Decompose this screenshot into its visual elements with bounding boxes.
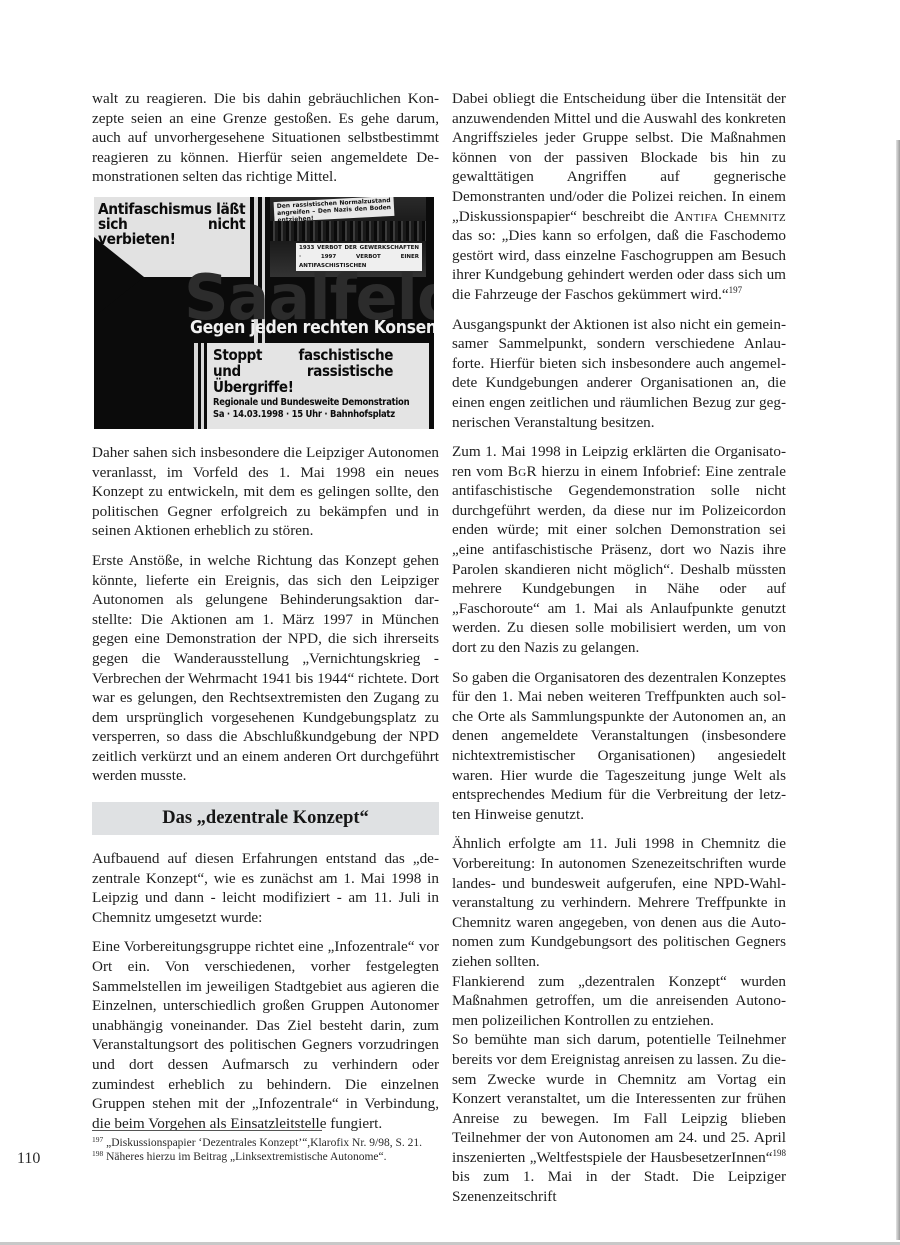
poster-stripe [194, 343, 198, 429]
poster-arrow-shape [94, 237, 144, 317]
paragraph: So gaben die Organisatoren des dezentral… [452, 668, 786, 825]
paragraph: Aufbauend auf diesen Erfahrungen entstan… [92, 849, 439, 927]
organization-name: Antifa Chemnitz [674, 208, 786, 225]
paragraph: Dabei obliegt die Entscheidung über die … [452, 89, 786, 305]
poster-demand: Stoppt faschistische und rassistische Üb… [213, 347, 393, 395]
section-heading: Das „dezentrale Konzept“ [92, 802, 439, 835]
page-number: 110 [17, 1150, 40, 1168]
paragraph: Erste Anstöße, in welche Richtung das Ko… [92, 551, 439, 786]
right-column: Dabei obliegt die Entscheidung über die … [452, 89, 786, 1207]
paragraph: Zum 1. Mai 1998 in Leipzig erklärten die… [452, 442, 786, 658]
footnote-ref[interactable]: 198 [773, 1148, 787, 1158]
footnote-divider [92, 1130, 322, 1131]
poster-event-details: Regionale und Bundesweite Demonstration … [213, 397, 409, 421]
paragraph: Eine Vorbereitungsgruppe richtet eine „I… [92, 937, 439, 1133]
paragraph: walt zu reagieren. Die bis dahin gebräuc… [92, 89, 439, 187]
left-column: walt zu reagieren. Die bis dahin gebräuc… [92, 89, 439, 1143]
paragraph: Ähnlich erfolgte am 11. Juli 1998 in Che… [452, 834, 786, 971]
footnotes: 197 „Diskussionspapier ‘Dezentrales Konz… [92, 1130, 472, 1164]
paragraph: Flankierend zum „dezentralen Konzept“ wu… [452, 972, 786, 1031]
paragraph: So bemühte man sich darum, potentielle T… [452, 1030, 786, 1206]
poster-event-line-1: Regionale und Bundesweite Demonstration [213, 397, 409, 409]
footnote-ref[interactable]: 197 [729, 285, 743, 295]
page-edge-shadow [896, 140, 900, 1240]
paragraph: Daher sahen sich insbesondere die Leipzi… [92, 443, 439, 541]
photo-banner-top: Den rassistischen Normalzustand angreife… [274, 197, 395, 222]
demonstration-poster-image: Antifaschismus läßt sich nicht verbieten… [94, 197, 434, 429]
poster-event-line-2: Sa · 14.03.1998 · 15 Uhr · Bahnhofsplatz [213, 409, 409, 421]
paragraph: Ausgangspunkt der Aktionen ist also nich… [452, 315, 786, 433]
organization-name: BgR [508, 463, 537, 480]
footnote: 198 Näheres hierzu im Beitrag „Linksextr… [92, 1150, 472, 1164]
poster-slogan: Gegen jeden rechten Konsens! [190, 319, 434, 337]
poster-stripe [201, 343, 204, 429]
footnote: 197 „Diskussionspapier ‘Dezentrales Konz… [92, 1136, 472, 1150]
photo-crowd [270, 221, 426, 241]
